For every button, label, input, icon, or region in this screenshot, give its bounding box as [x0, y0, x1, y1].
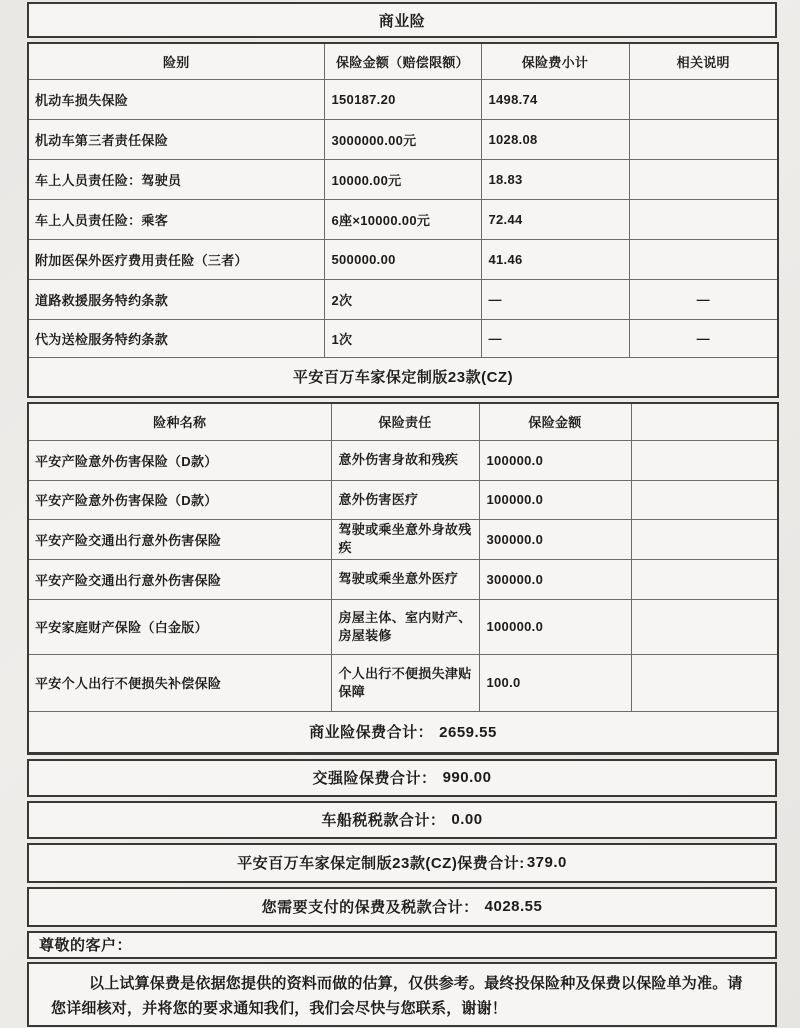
- header-coverage: 保险责任: [331, 403, 479, 440]
- table-row: 车上人员责任险：驾驶员 10000.00元 18.83: [28, 159, 778, 199]
- header-insured-amount: 保险金额（赔偿限额）: [324, 43, 481, 79]
- grand-total-bar: 您需要支付的保费及税款合计：4028.55: [27, 887, 777, 927]
- sum-insured: 100.0: [479, 654, 631, 711]
- table-row: 平安产险意外伤害保险（D款） 意外伤害身故和残疾 100000.0: [28, 440, 778, 480]
- commercial-insurance-table: 险别 保险金额（赔偿限额） 保险费小计 相关说明 机动车损失保险 150187.…: [27, 42, 779, 398]
- coverage: 个人出行不便损失津贴保障: [331, 654, 479, 711]
- pingan-package-table: 险种名称 保险责任 保险金额 平安产险意外伤害保险（D款） 意外伤害身故和残疾 …: [27, 402, 779, 755]
- coverage: 意外伤害身故和残疾: [331, 440, 479, 480]
- product-name: 平安产险意外伤害保险（D款）: [28, 480, 331, 519]
- remark: [629, 119, 778, 159]
- disclaimer-text: 以上试算保费是依据您提供的资料而做的估算，仅供参考。最终投保险种及保费以保险单为…: [51, 971, 750, 1021]
- premium-subtotal: 1028.08: [481, 119, 629, 159]
- pingan-package-total-bar: 平安百万车家保定制版23款(CZ)保费合计:379.0: [27, 843, 777, 883]
- sum-insured: 100000.0: [479, 440, 631, 480]
- coverage: 意外伤害医疗: [331, 480, 479, 519]
- empty-cell: [631, 440, 778, 480]
- remark-dash: —: [629, 279, 778, 319]
- table-row: 平安产险交通出行意外伤害保险 驾驶或乘坐意外身故残疾 300000.0: [28, 519, 778, 559]
- empty-cell: [631, 654, 778, 711]
- compulsory-insurance-total-bar: 交强险保费合计：990.00: [27, 759, 777, 797]
- header-product-name: 险种名称: [28, 403, 331, 440]
- risk-name: 机动车损失保险: [28, 79, 324, 119]
- table-row: 机动车第三者责任保险 3000000.00元 1028.08: [28, 119, 778, 159]
- table-row: 平安家庭财产保险（白金版） 房屋主体、室内财产、房屋装修 100000.0: [28, 599, 778, 654]
- table-row: 平安产险交通出行意外伤害保险 驾驶或乘坐意外医疗 300000.0: [28, 559, 778, 599]
- total-value: 990.00: [443, 769, 492, 786]
- pingan-package-section-title: 平安百万车家保定制版23款(CZ): [28, 357, 778, 397]
- vehicle-tax-total-bar: 车船税税款合计：0.00: [27, 801, 777, 839]
- remark: [629, 199, 778, 239]
- table1-header-row: 险别 保险金额（赔偿限额） 保险费小计 相关说明: [28, 43, 778, 79]
- total-value: 4028.55: [485, 898, 543, 915]
- disclaimer-box: 以上试算保费是依据您提供的资料而做的估算，仅供参考。最终投保险种及保费以保险单为…: [27, 962, 777, 1027]
- remark: [629, 239, 778, 279]
- table-row: 平安个人出行不便损失补偿保险 个人出行不便损失津贴保障 100.0: [28, 654, 778, 711]
- table-row: 附加医保外医疗费用责任险（三者） 500000.00 41.46: [28, 239, 778, 279]
- table-row: 车上人员责任险：乘客 6座×10000.00元 72.44: [28, 199, 778, 239]
- section-title-row: 平安百万车家保定制版23款(CZ): [28, 357, 778, 397]
- product-name: 平安个人出行不便损失补偿保险: [28, 654, 331, 711]
- premium-subtotal: 41.46: [481, 239, 629, 279]
- insured-amount: 1次: [324, 319, 481, 357]
- total-value: 379.0: [527, 854, 567, 871]
- empty-cell: [631, 599, 778, 654]
- total-label: 您需要支付的保费及税款合计：: [262, 896, 479, 917]
- table-row: 机动车损失保险 150187.20 1498.74: [28, 79, 778, 119]
- premium-dash: —: [481, 279, 629, 319]
- risk-name: 道路救援服务特约条款: [28, 279, 324, 319]
- premium-dash: —: [481, 319, 629, 357]
- total-label: 平安百万车家保定制版23款(CZ)保费合计:: [237, 852, 525, 873]
- premium-subtotal: 72.44: [481, 199, 629, 239]
- header-empty: [631, 403, 778, 440]
- remark: [629, 159, 778, 199]
- insured-amount: 6座×10000.00元: [324, 199, 481, 239]
- table2-header-row: 险种名称 保险责任 保险金额: [28, 403, 778, 440]
- sum-insured: 100000.0: [479, 480, 631, 519]
- empty-cell: [631, 480, 778, 519]
- coverage: 驾驶或乘坐意外医疗: [331, 559, 479, 599]
- risk-name: 附加医保外医疗费用责任险（三者）: [28, 239, 324, 279]
- table-row: 代为送检服务特约条款 1次 — —: [28, 319, 778, 357]
- table-row: 道路救援服务特约条款 2次 — —: [28, 279, 778, 319]
- premium-subtotal: 1498.74: [481, 79, 629, 119]
- risk-name: 机动车第三者责任保险: [28, 119, 324, 159]
- insurance-quote-document: 商业险 险别 保险金额（赔偿限额） 保险费小计 相关说明 机动车损失保险 150…: [27, 2, 777, 1027]
- insured-amount: 500000.00: [324, 239, 481, 279]
- insured-amount: 3000000.00元: [324, 119, 481, 159]
- premium-subtotal: 18.83: [481, 159, 629, 199]
- remark-dash: —: [629, 319, 778, 357]
- insured-amount: 10000.00元: [324, 159, 481, 199]
- risk-name: 代为送检服务特约条款: [28, 319, 324, 357]
- total-label: 交强险保费合计：: [313, 767, 437, 788]
- risk-name: 车上人员责任险：驾驶员: [28, 159, 324, 199]
- coverage: 房屋主体、室内财产、房屋装修: [331, 599, 479, 654]
- product-name: 平安产险交通出行意外伤害保险: [28, 559, 331, 599]
- total-value: 0.00: [451, 811, 482, 828]
- commercial-insurance-title: 商业险: [27, 2, 777, 38]
- total-label: 车船税税款合计：: [321, 809, 445, 830]
- product-name: 平安产险交通出行意外伤害保险: [28, 519, 331, 559]
- product-name: 平安家庭财产保险（白金版）: [28, 599, 331, 654]
- product-name: 平安产险意外伤害保险（D款）: [28, 440, 331, 480]
- sum-insured: 100000.0: [479, 599, 631, 654]
- coverage: 驾驶或乘坐意外身故残疾: [331, 519, 479, 559]
- header-remarks: 相关说明: [629, 43, 778, 79]
- total-label: 商业险保费合计：: [309, 724, 433, 741]
- sum-insured: 300000.0: [479, 519, 631, 559]
- risk-name: 车上人员责任险：乘客: [28, 199, 324, 239]
- customer-salutation: 尊敬的客户：: [27, 931, 777, 959]
- header-premium-subtotal: 保险费小计: [481, 43, 629, 79]
- commercial-premium-total-row: 商业险保费合计：2659.55: [28, 711, 778, 753]
- empty-cell: [631, 559, 778, 599]
- table-row: 平安产险意外伤害保险（D款） 意外伤害医疗 100000.0: [28, 480, 778, 519]
- empty-cell: [631, 519, 778, 559]
- insured-amount: 2次: [324, 279, 481, 319]
- sum-insured: 300000.0: [479, 559, 631, 599]
- insured-amount: 150187.20: [324, 79, 481, 119]
- header-risk-type: 险别: [28, 43, 324, 79]
- header-sum-insured: 保险金额: [479, 403, 631, 440]
- total-value: 2659.55: [439, 724, 497, 741]
- remark: [629, 79, 778, 119]
